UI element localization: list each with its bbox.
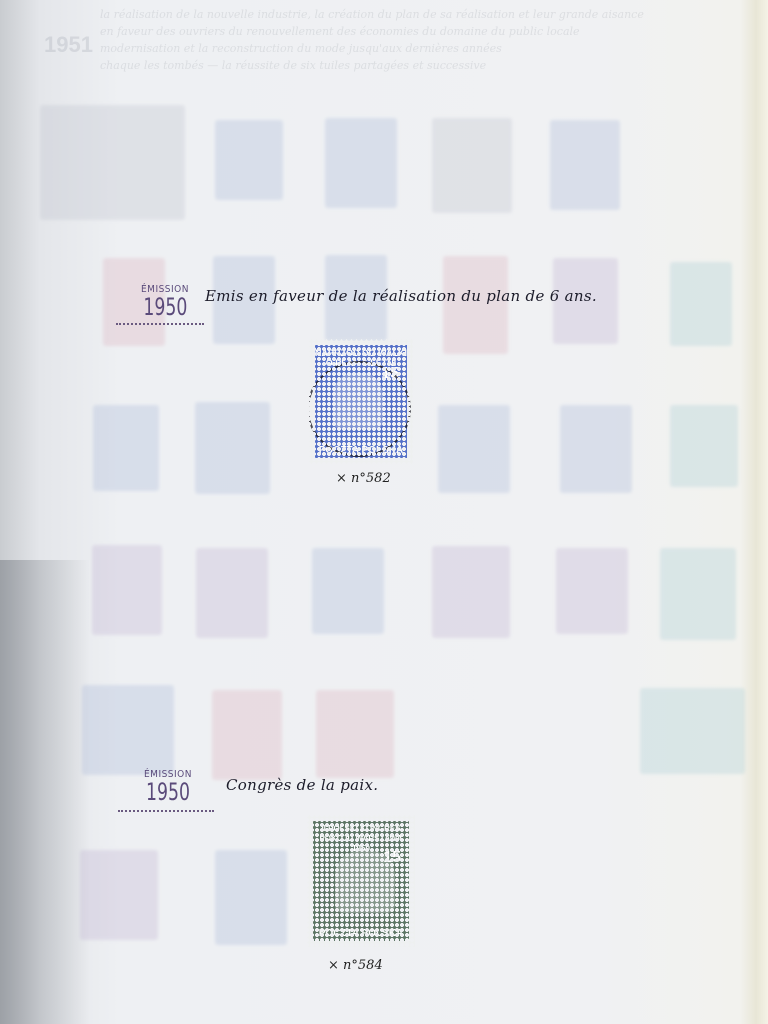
ghost-stamp bbox=[640, 688, 745, 774]
ghost-stamp bbox=[660, 548, 736, 640]
ghost-stamp bbox=[438, 405, 510, 493]
catalog-number: × n°582 bbox=[336, 471, 391, 486]
ghost-stamp bbox=[670, 262, 732, 346]
ghost-stamp bbox=[40, 105, 185, 220]
emission-stamp-2: ÉMISSION 1950 bbox=[140, 769, 196, 804]
ghost-stamp bbox=[92, 545, 162, 635]
ghost-stamp bbox=[80, 850, 158, 940]
page-shadow bbox=[0, 560, 90, 1024]
ghost-stamp bbox=[432, 546, 510, 638]
ghost-stamp bbox=[196, 548, 268, 638]
stamp-584[interactable]: II POLSKI KONGRES POKOJU WARSZAWA 1950 1… bbox=[307, 815, 415, 947]
ghost-stamp bbox=[212, 690, 282, 780]
ghost-stamp bbox=[550, 120, 620, 210]
ghost-stamp bbox=[82, 685, 174, 775]
ghost-stamp bbox=[325, 118, 397, 208]
stamp-image: II POLSKI KONGRES POKOJU WARSZAWA 1950 1… bbox=[313, 821, 409, 941]
stamp-582[interactable]: NAPRZÓD DO WALKI O PLAN 6-LETNI 15 POCZT… bbox=[309, 339, 413, 464]
ghost-stamp bbox=[195, 402, 270, 494]
section-caption: Congrès de la paix. bbox=[226, 776, 378, 794]
catalog-number: × n°584 bbox=[328, 958, 383, 973]
ghost-stamp bbox=[560, 405, 632, 493]
ghost-stamp bbox=[93, 405, 159, 491]
ghost-stamp bbox=[312, 548, 384, 634]
ghost-stamp bbox=[316, 690, 394, 778]
dotted-rule bbox=[116, 323, 204, 325]
ghost-stamp bbox=[556, 548, 628, 634]
stamp-value: 15 bbox=[383, 849, 401, 867]
ghost-stamp bbox=[215, 850, 287, 945]
postmark-icon bbox=[307, 361, 411, 457]
section-caption: Emis en faveur de la réalisation du plan… bbox=[205, 287, 597, 305]
ghost-stamp bbox=[670, 405, 738, 487]
stamp-bottom-text: POCZTA POLSKA bbox=[313, 928, 409, 939]
ghost-year: 1951 bbox=[44, 32, 93, 58]
dotted-rule bbox=[118, 810, 214, 812]
ghost-stamp bbox=[432, 118, 512, 213]
emission-stamp-1: ÉMISSION 1950 bbox=[138, 284, 192, 319]
ghost-header-text: la réalisation de la nouvelle industrie,… bbox=[100, 6, 720, 74]
ghost-stamp bbox=[443, 256, 508, 354]
ghost-stamp bbox=[215, 120, 283, 200]
